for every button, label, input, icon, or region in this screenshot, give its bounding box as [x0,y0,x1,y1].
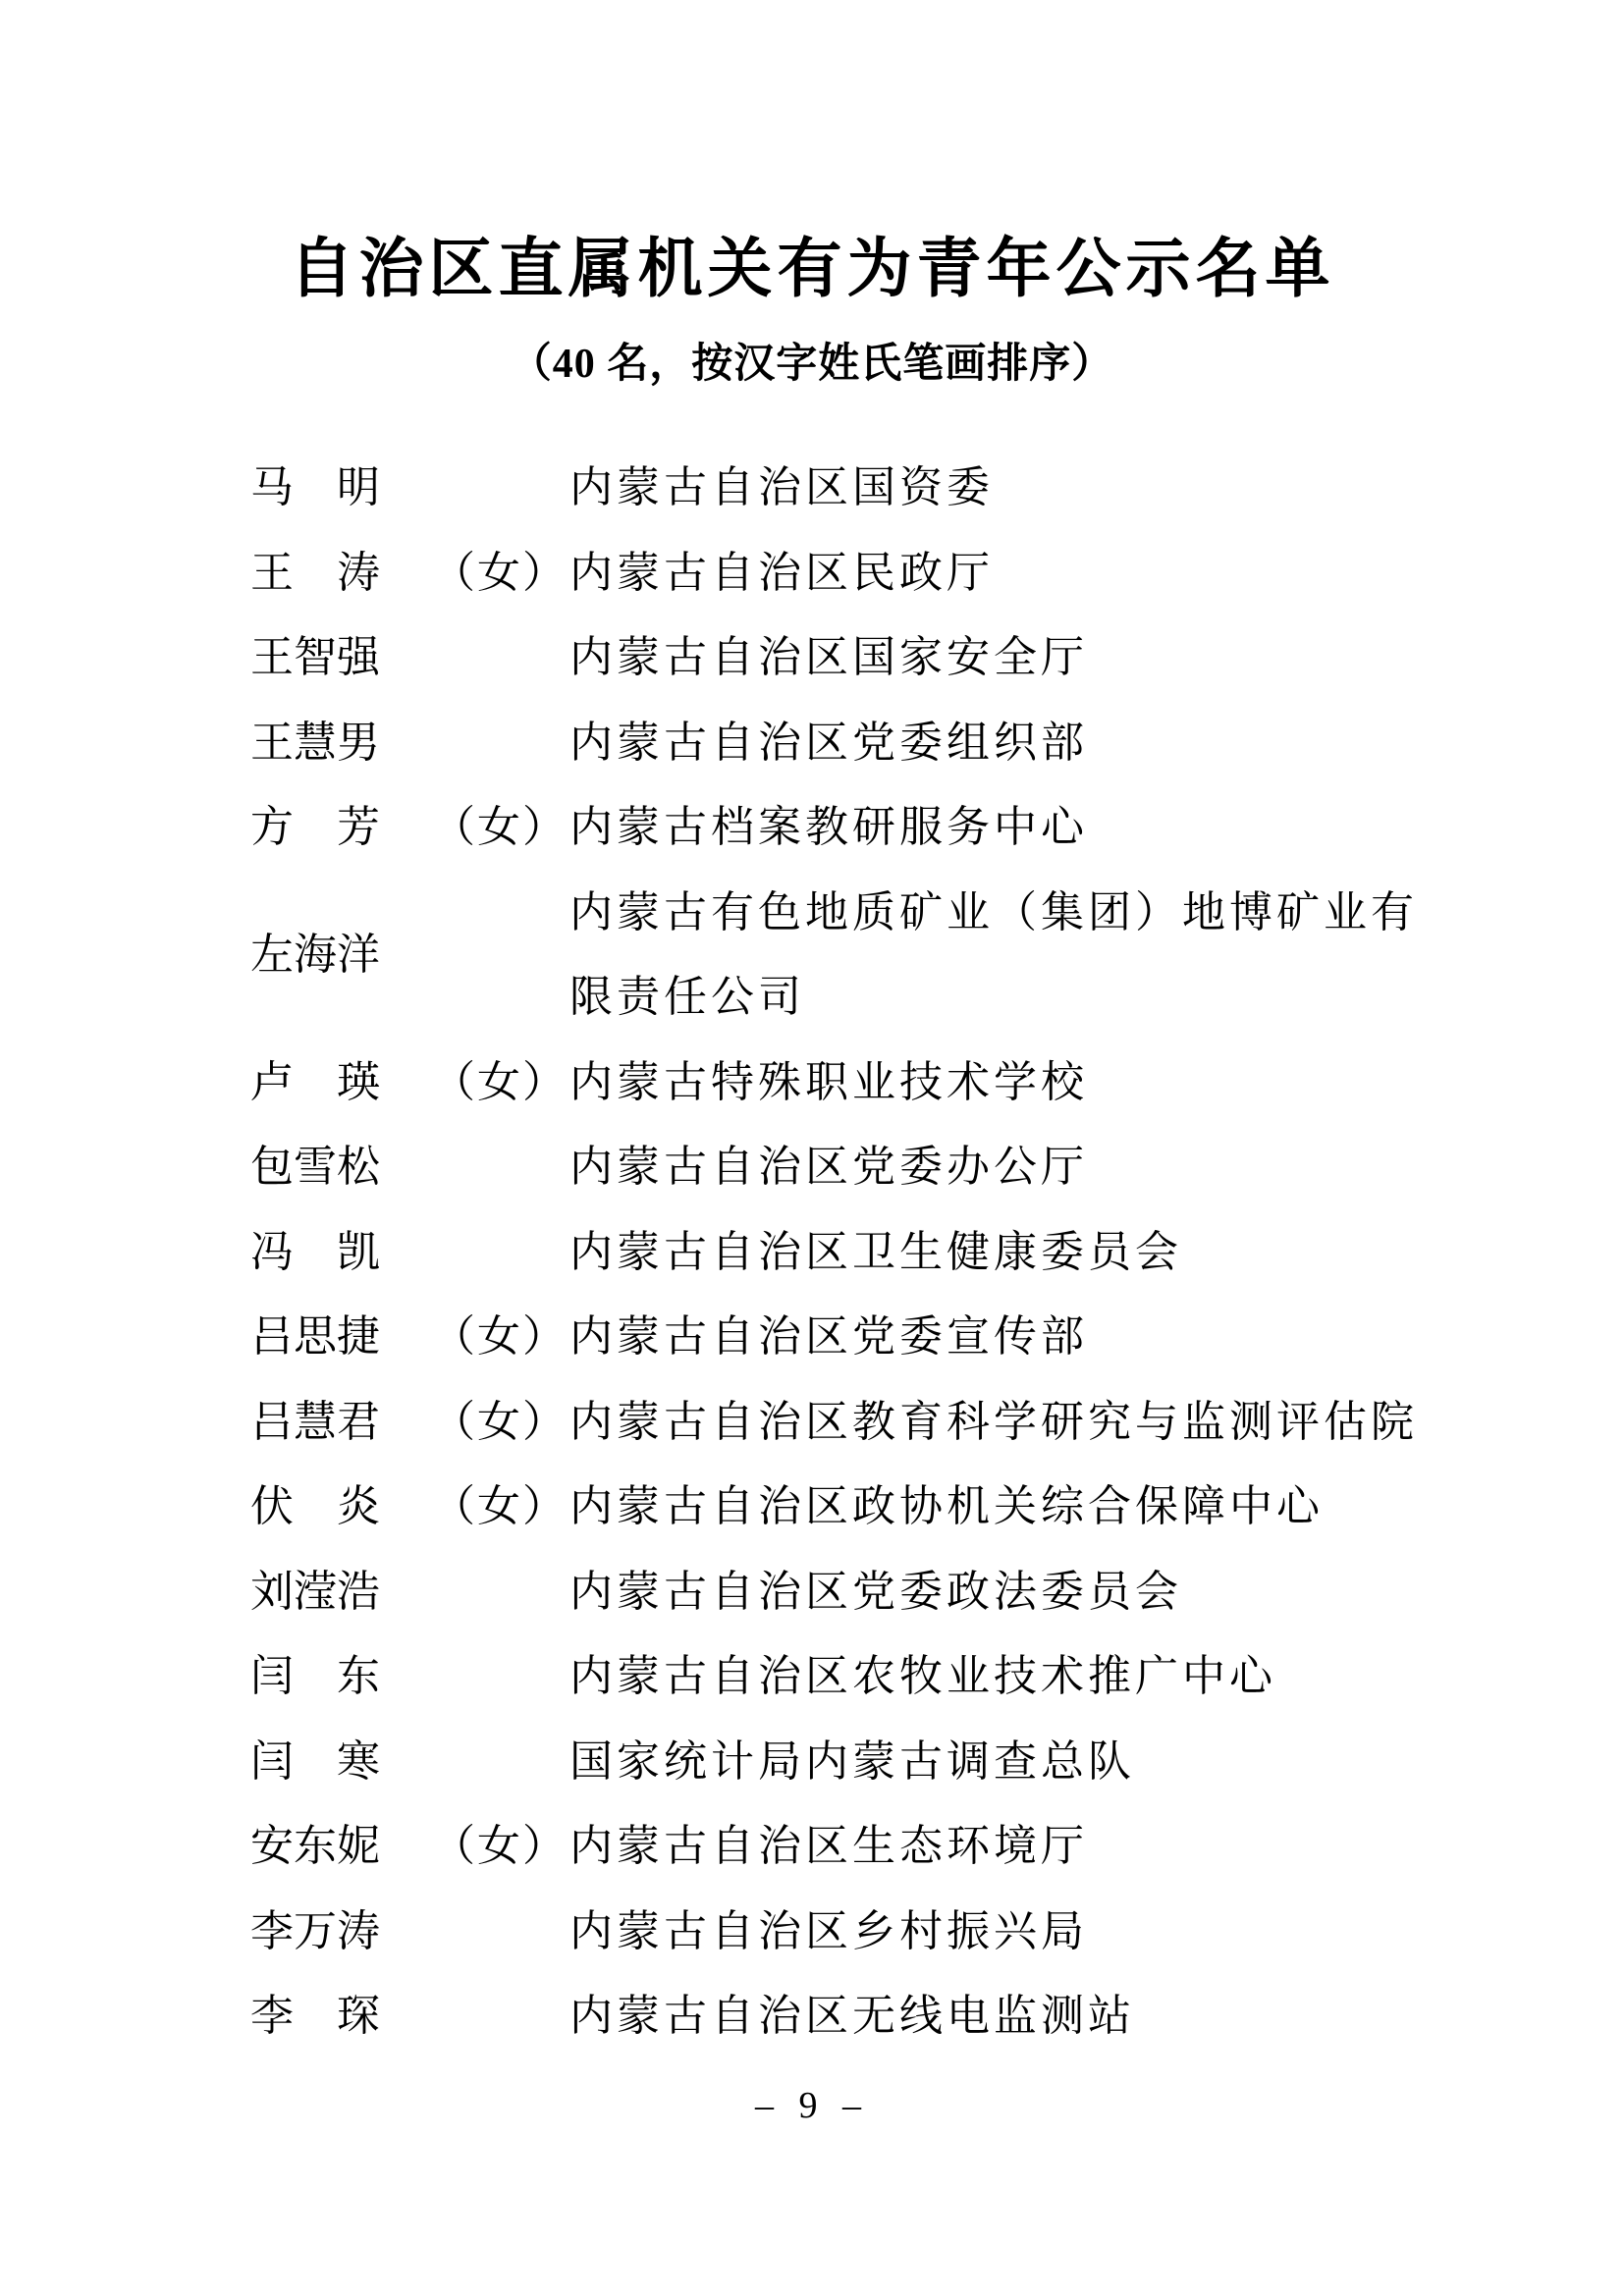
entry-org: 内蒙古自治区政协机关综合保障中心 [569,1465,1428,1550]
list-item: 闫寒 国家统计局内蒙古调查总队 [250,1720,1428,1805]
entry-gender: （女） [380,1804,569,1890]
entry-org: 内蒙古自治区无线电监测站 [569,1974,1428,2059]
list-item: 马明 内蒙古自治区国资委 [250,446,1428,531]
entry-org: 内蒙古有色地质矿业（集团）地博矿业有限责任公司 [569,871,1428,1041]
entry-gender: （女） [380,1041,569,1126]
entry-name: 刘滢浩 [250,1550,380,1635]
entry-name: 王涛 [250,531,380,616]
entry-name: 马明 [250,446,380,531]
entry-name: 左海洋 [250,913,380,998]
entry-gender: （女） [380,1295,569,1380]
entry-name: 王智强 [250,615,380,701]
entry-org: 国家统计局内蒙古调查总队 [569,1720,1428,1805]
entry-org: 内蒙古自治区党委办公厅 [569,1125,1428,1210]
entry-name: 安东妮 [250,1804,380,1890]
entry-org: 内蒙古自治区国家安全厅 [569,615,1428,701]
entry-name: 吕思捷 [250,1295,380,1380]
entry-name: 闫寒 [250,1720,380,1805]
list-item: 安东妮 （女） 内蒙古自治区生态环境厅 [250,1804,1428,1890]
entry-gender: （女） [380,1380,569,1466]
list-item: 王涛 （女） 内蒙古自治区民政厅 [250,531,1428,616]
list-item: 刘滢浩 内蒙古自治区党委政法委员会 [250,1550,1428,1635]
entry-org: 内蒙古自治区党委政法委员会 [569,1550,1428,1635]
page-title: 自治区直属机关有为青年公示名单 [0,0,1624,302]
entry-name: 冯凯 [250,1210,380,1296]
entry-name: 方芳 [250,785,380,871]
list-item: 包雪松 内蒙古自治区党委办公厅 [250,1125,1428,1210]
entry-org: 内蒙古特殊职业技术学校 [569,1041,1428,1126]
list-item: 李琛 内蒙古自治区无线电监测站 [250,1974,1428,2059]
entry-name: 吕慧君 [250,1380,380,1466]
entry-name: 李琛 [250,1974,380,2059]
entry-org: 内蒙古自治区民政厅 [569,531,1428,616]
entries-list: 马明 内蒙古自治区国资委 王涛 （女） 内蒙古自治区民政厅 王智强 内蒙古自治区… [250,446,1428,2059]
list-item: 王慧男 内蒙古自治区党委组织部 [250,701,1428,786]
list-item: 闫东 内蒙古自治区农牧业技术推广中心 [250,1634,1428,1720]
entry-org: 内蒙古自治区教育科学研究与监测评估院 [569,1380,1428,1466]
list-item: 王智强 内蒙古自治区国家安全厅 [250,615,1428,701]
list-item: 方芳 （女） 内蒙古档案教研服务中心 [250,785,1428,871]
entry-gender: （女） [380,1465,569,1550]
entry-org: 内蒙古自治区党委组织部 [569,701,1428,786]
list-item: 卢瑛 （女） 内蒙古特殊职业技术学校 [250,1041,1428,1126]
entry-name: 包雪松 [250,1125,380,1210]
entry-gender: （女） [380,785,569,871]
entry-gender: （女） [380,531,569,616]
entry-name: 闫东 [250,1634,380,1720]
entry-org: 内蒙古档案教研服务中心 [569,785,1428,871]
list-item: 李万涛 内蒙古自治区乡村振兴局 [250,1890,1428,1975]
list-item: 吕慧君 （女） 内蒙古自治区教育科学研究与监测评估院 [250,1380,1428,1466]
entry-name: 李万涛 [250,1890,380,1975]
list-item: 伏炎 （女） 内蒙古自治区政协机关综合保障中心 [250,1465,1428,1550]
entry-org: 内蒙古自治区农牧业技术推广中心 [569,1634,1428,1720]
entry-name: 王慧男 [250,701,380,786]
entry-name: 伏炎 [250,1465,380,1550]
page-number: – 9 – [0,2087,1624,2124]
entry-name: 卢瑛 [250,1041,380,1126]
entry-org: 内蒙古自治区生态环境厅 [569,1804,1428,1890]
document-page: 自治区直属机关有为青年公示名单 （40 名，按汉字姓氏笔画排序） 马明 内蒙古自… [0,0,1624,2296]
entry-org: 内蒙古自治区乡村振兴局 [569,1890,1428,1975]
list-item: 吕思捷 （女） 内蒙古自治区党委宣传部 [250,1295,1428,1380]
entry-org: 内蒙古自治区党委宣传部 [569,1295,1428,1380]
list-item: 冯凯 内蒙古自治区卫生健康委员会 [250,1210,1428,1296]
page-subtitle: （40 名，按汉字姓氏笔画排序） [0,344,1624,385]
entry-org: 内蒙古自治区卫生健康委员会 [569,1210,1428,1296]
list-item: 左海洋 内蒙古有色地质矿业（集团）地博矿业有限责任公司 [250,871,1428,1041]
entry-org: 内蒙古自治区国资委 [569,446,1428,531]
